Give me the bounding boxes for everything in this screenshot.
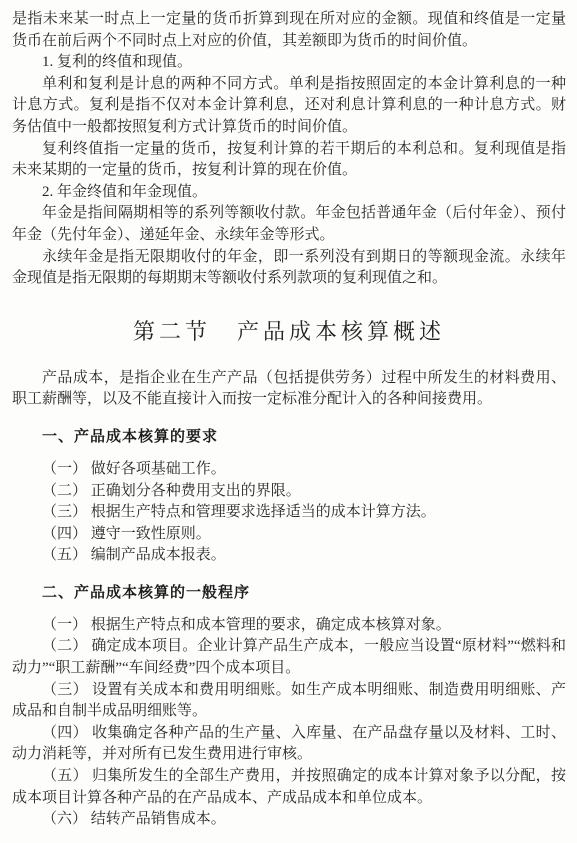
body-paragraph: 复利终值指一定量的货币，按复利计算的若干期后的本利总和。复利现值是指未来某期的一… (12, 139, 566, 182)
procedure-item: （一） 根据生产特点和成本管理的要求，确定成本核算对象。 (12, 615, 566, 637)
document-page: 是指未来某一时点上一定量的货币折算到现在所对应的金额。现值和终值是一定量货币在前… (0, 0, 577, 843)
requirement-item: （一） 做好各项基础工作。 (12, 459, 566, 481)
body-paragraph: 单利和复利是计息的两种不同方式。单利是指按照固定的本金计算利息的一种计息方式。复… (12, 74, 566, 139)
requirement-item: （二） 正确划分各种费用支出的界限。 (12, 481, 566, 503)
procedure-item: （三） 设置有关成本和费用明细账。如生产成本明细账、制造费用明细账、产成品和自制… (12, 680, 566, 723)
procedure-item: （二） 确定成本项目。企业计算产品生产成本，一般应当设置“原材料”“燃料和动力”… (12, 636, 566, 679)
numbered-point: 2. 年金终值和年金现值。 (12, 182, 566, 204)
requirement-item: （三） 根据生产特点和管理要求选择适当的成本计算方法。 (12, 502, 566, 524)
subsection-heading-procedure: 二、产品成本核算的一般程序 (12, 582, 566, 604)
numbered-point: 1. 复利的终值和现值。 (12, 52, 566, 74)
procedure-item: （五） 归集所发生的全部生产费用，并按照确定的成本计算对象予以分配，按成本项目计… (12, 766, 566, 809)
body-paragraph: 永续年金是指无限期收付的年金，即一系列没有到期日的等额现金流。永续年金现值是指无… (12, 247, 566, 290)
requirement-item: （四） 遵守一致性原则。 (12, 524, 566, 546)
subsection-heading-requirements: 一、产品成本核算的要求 (12, 426, 566, 448)
intro-continuation-paragraph: 是指未来某一时点上一定量的货币折算到现在所对应的金额。现值和终值是一定量货币在前… (12, 9, 566, 52)
procedure-item: （四） 收集确定各种产品的生产量、入库量、在产品盘存量以及材料、工时、动力消耗等… (12, 723, 566, 766)
procedure-item: （六） 结转产品销售成本。 (12, 809, 566, 831)
requirement-item: （五） 编制产品成本报表。 (12, 545, 566, 567)
body-paragraph: 年金是指间隔期相等的系列等额收付款。年金包括普通年金（后付年金）、预付年金（先付… (12, 203, 566, 246)
section-heading: 第二节 产品成本核算概述 (12, 316, 566, 347)
body-paragraph: 产品成本，是指企业在生产产品（包括提供劳务）过程中所发生的材料费用、职工薪酬等，… (12, 368, 566, 411)
